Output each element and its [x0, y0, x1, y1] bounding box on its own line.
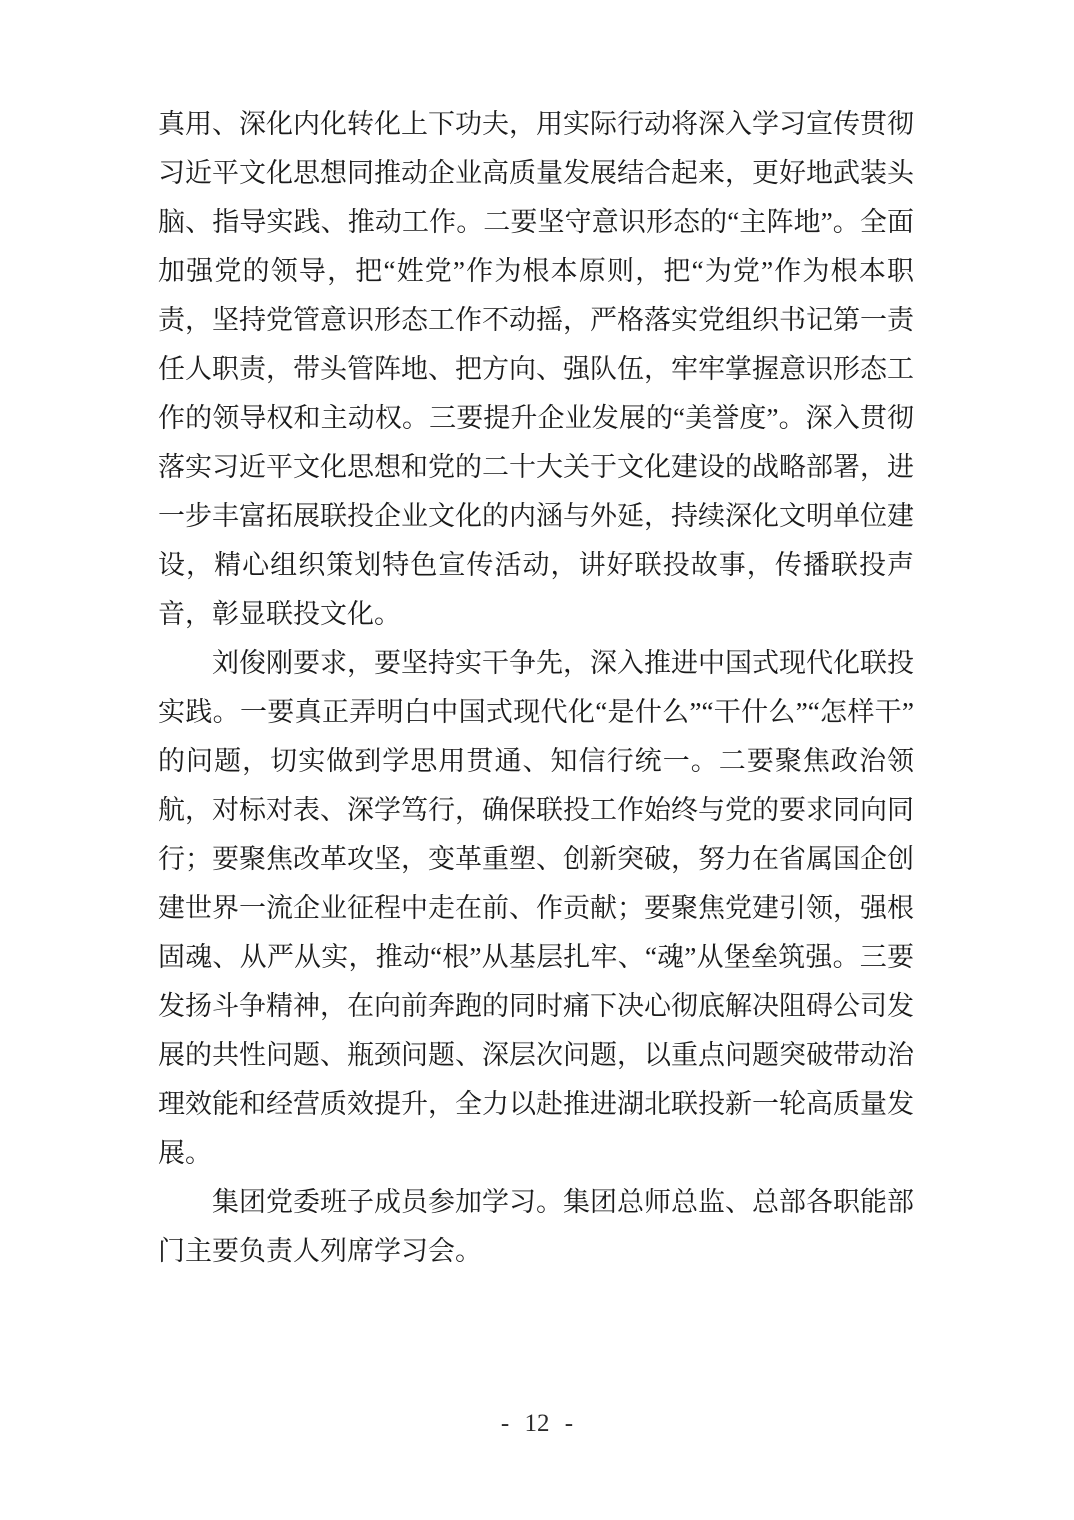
body-paragraph-1: 真用、深化内化转化上下功夫，用实际行动将深入学习宣传贯彻习近平文化思想同推动企业… [158, 100, 914, 639]
document-page: 真用、深化内化转化上下功夫，用实际行动将深入学习宣传贯彻习近平文化思想同推动企业… [0, 0, 1074, 1520]
body-paragraph-2: 刘俊刚要求，要坚持实干争先，深入推进中国式现代化联投实践。一要真正弄明白中国式现… [158, 639, 914, 1178]
body-paragraph-3: 集团党委班子成员参加学习。集团总师总监、总部各职能部门主要负责人列席学习会。 [158, 1178, 914, 1276]
page-number: - 12 - [0, 1408, 1074, 1440]
document-body: 真用、深化内化转化上下功夫，用实际行动将深入学习宣传贯彻习近平文化思想同推动企业… [158, 100, 914, 1276]
